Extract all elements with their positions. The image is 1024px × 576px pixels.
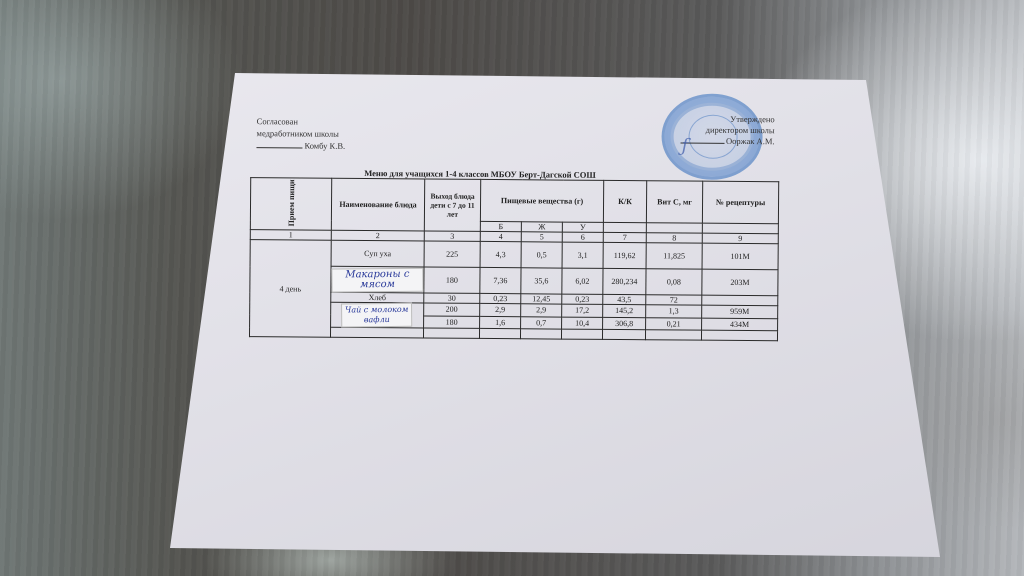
- handwritten-line: вафли: [364, 315, 390, 324]
- kcal-cell: 145,2: [603, 304, 646, 317]
- subheader-carbs: У: [562, 222, 603, 232]
- column-number: 6: [562, 232, 603, 242]
- carbs-cell: 6,02: [562, 268, 603, 294]
- carbs-cell: 0,23: [562, 294, 603, 304]
- protein-cell: 4,3: [480, 241, 521, 267]
- protein-cell: 0,23: [480, 293, 521, 303]
- kcal-cell: 43,5: [603, 294, 646, 304]
- carbs-cell: 3,1: [562, 242, 603, 268]
- column-number: 4: [480, 231, 521, 241]
- fat-cell: 0,7: [521, 316, 562, 329]
- recipe-cell: 434М: [702, 318, 778, 331]
- portion-cell: 180: [424, 267, 480, 293]
- header-meal-label: Прием пищи: [286, 179, 295, 226]
- approval-role: директором школы: [675, 124, 775, 136]
- header-recipe: № рецептуры: [702, 181, 778, 224]
- vitc-cell: 1,3: [646, 305, 702, 318]
- approval-signatory: Ооржак А.М.: [726, 136, 775, 146]
- empty-cell: [646, 223, 702, 233]
- portion-cell: 30: [424, 293, 480, 303]
- approval-signature-line: Комбу К.В.: [256, 139, 345, 152]
- column-number: 7: [603, 232, 646, 242]
- fat-cell: 2,9: [521, 304, 562, 317]
- kcal-cell: 119,62: [603, 242, 646, 268]
- empty-cell: [701, 330, 777, 341]
- approval-label: Согласован: [257, 115, 346, 128]
- recipe-cell: [702, 295, 778, 306]
- fat-cell: 35,6: [521, 268, 562, 294]
- fat-cell: 0,5: [521, 242, 562, 268]
- empty-cell: [520, 329, 561, 339]
- fat-cell: 12,45: [521, 294, 562, 304]
- menu-document: Согласован медработником школы Комбу К.В…: [231, 80, 875, 555]
- header-nutrients: Пищевые вещества (г): [480, 179, 603, 222]
- handwritten-label: Макароны с мясом: [331, 267, 423, 292]
- column-number: 9: [702, 233, 778, 244]
- recipe-cell: 203М: [702, 269, 778, 296]
- header-meal: Прием пищи: [250, 178, 331, 231]
- recipe-cell: 101М: [702, 243, 778, 270]
- vitc-cell: 0,08: [646, 269, 702, 295]
- dish-name-handwritten: Чай с молокомвафли: [331, 302, 424, 328]
- empty-cell: [702, 223, 778, 234]
- column-number: 3: [424, 231, 480, 241]
- header-dish: Наименование блюда: [331, 178, 424, 231]
- empty-cell: [645, 330, 701, 340]
- column-number: 8: [646, 233, 702, 243]
- empty-cell: [603, 222, 646, 232]
- carbs-cell: 10,4: [562, 317, 603, 330]
- dish-name-handwritten: Макароны с мясом: [331, 266, 424, 293]
- empty-cell: [330, 327, 423, 338]
- portion-cell: 225: [424, 241, 480, 267]
- recipe-cell: 959М: [702, 305, 778, 318]
- portion-cell: 200: [424, 303, 480, 316]
- table-row: 4 день Суп уха 225 4,3 0,5 3,1 119,62 11…: [250, 240, 778, 270]
- portion-cell: 180: [424, 315, 480, 328]
- vitc-cell: 0,21: [646, 317, 702, 330]
- dish-name: Суп уха: [331, 240, 424, 267]
- approval-signatory: Комбу К.В.: [304, 141, 345, 151]
- vitc-cell: 72: [646, 295, 702, 305]
- approval-role: медработником школы: [257, 127, 346, 140]
- vitc-cell: 11,825: [646, 243, 702, 269]
- column-number: 1: [250, 230, 331, 241]
- header-kcal: К/К: [603, 180, 646, 222]
- protein-cell: 1,6: [480, 316, 521, 329]
- kcal-cell: 306,8: [603, 317, 646, 330]
- empty-cell: [423, 328, 479, 338]
- subheader-fat: Ж: [521, 222, 562, 232]
- handwritten-signature: ƒ: [681, 136, 715, 156]
- day-cell: 4 день: [249, 240, 331, 338]
- handwritten-line: Чай с молоком: [345, 305, 408, 315]
- protein-cell: 7,36: [480, 267, 521, 293]
- empty-cell: [479, 328, 520, 338]
- empty-cell: [561, 329, 602, 339]
- header-vitc: Вит С, мг: [646, 181, 702, 223]
- subheader-protein: Б: [480, 221, 521, 231]
- approval-block-medic: Согласован медработником школы Комбу К.В…: [256, 115, 345, 152]
- protein-cell: 2,9: [480, 303, 521, 316]
- approval-label: Утверждено: [675, 113, 775, 125]
- header-portion: Выход блюда дети с 7 до 11 лет: [424, 179, 480, 231]
- menu-table: Прием пищи Наименование блюда Выход блюд…: [249, 177, 779, 341]
- column-number: 5: [521, 232, 562, 242]
- handwritten-label: Чай с молокомвафли: [341, 303, 412, 328]
- kcal-cell: 280,234: [603, 268, 646, 294]
- empty-cell: [602, 329, 645, 339]
- carbs-cell: 17,2: [562, 304, 603, 317]
